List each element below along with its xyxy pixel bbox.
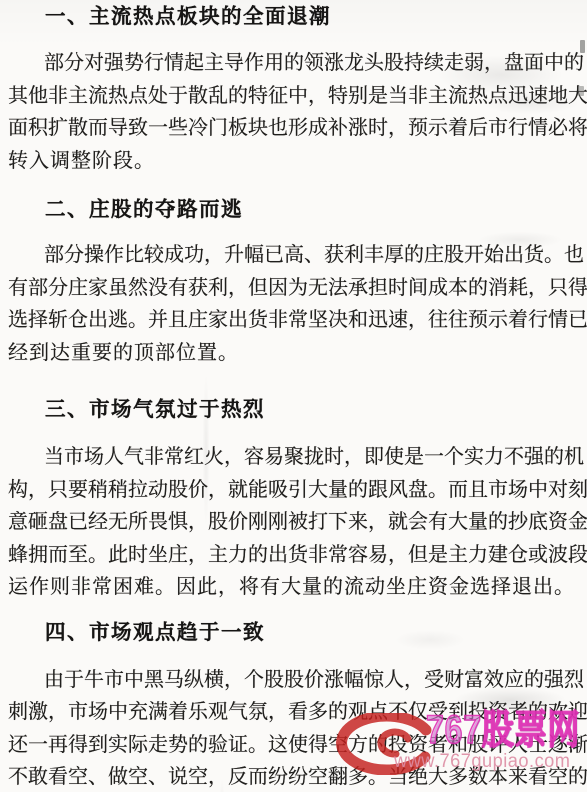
section-1-paragraph: 部分对强势行情起主导作用的领涨龙头股持续走弱，盘面中的 其他非主流热点处于散乱的…: [8, 47, 578, 177]
text-line: 转入调整阶段。: [8, 145, 578, 178]
section-1-heading: 一、主流热点板块的全面退潮: [8, 2, 578, 32]
section-2-heading: 二、庄股的夺路而逃: [8, 195, 578, 225]
text-line: 意砸盘已经无所畏惧，股价刚刚被打下来，就会有大量的抄底资金: [8, 506, 578, 539]
section-3: 三、市场气氛过于热烈 当市场人气非常红火，容易聚拢时，即使是一个实力不强的机 构…: [8, 395, 578, 604]
section-4-heading: 四、市场观点趋于一致: [8, 618, 578, 648]
text-line: 部分对强势行情起主导作用的领涨龙头股持续走弱，盘面中的: [8, 47, 578, 80]
text-line: 其他非主流热点处于散乱的特征中，特别是当非主流热点迅速地大: [8, 80, 578, 113]
scanned-book-page: 一、主流热点板块的全面退潮 部分对强势行情起主导作用的领涨龙头股持续走弱，盘面中…: [0, 0, 587, 792]
section-3-heading: 三、市场气氛过于热烈: [8, 395, 578, 425]
text-line: 刺激，市场中充满着乐观气氛，看多的观点不仅受到投资者的欢迎，: [8, 696, 578, 729]
text-line: 由于牛市中黑马纵横，个股股价涨幅惊人，受财富效应的强烈: [8, 664, 578, 697]
section-1: 一、主流热点板块的全面退潮 部分对强势行情起主导作用的领涨龙头股持续走弱，盘面中…: [8, 2, 578, 177]
text-line: 面积扩散而导致一些冷门板块也形成补涨时，预示着后市行情必将: [8, 112, 578, 145]
text-line: 当市场人气非常红火，容易聚拢时，即使是一个实力不强的机: [8, 441, 578, 474]
text-line: 蜂拥而至。此时坐庄，主力的出货非常容易，但是主力建仓或波段: [8, 539, 578, 572]
text-line: 还一再得到实际走势的验证。这使得空方的投资者和股评人士逐渐: [8, 729, 578, 762]
section-2: 二、庄股的夺路而逃 部分操作比较成功，升幅已高、获利丰厚的庄股开始出货。也 有部…: [8, 195, 578, 369]
section-4: 四、市场观点趋于一致 由于牛市中黑马纵横，个股股价涨幅惊人，受财富效应的强烈 刺…: [8, 618, 578, 792]
text-line: 构，只要稍稍拉动股价，就能吸引大量的跟风盘。而且市场中对刻: [8, 474, 578, 507]
section-2-paragraph: 部分操作比较成功，升幅已高、获利丰厚的庄股开始出货。也 有部分庄家虽然没有获利，…: [8, 239, 578, 369]
section-4-paragraph: 由于牛市中黑马纵横，个股股价涨幅惊人，受财富效应的强烈 刺激，市场中充满着乐观气…: [8, 664, 578, 792]
text-line: 选择斩仓出逃。并且庄家出货非常坚决和迅速，往往预示着行情已: [8, 304, 578, 337]
text-line: 运作则非常困难。因此，将有大量的流动坐庄资金选择退出。: [8, 571, 578, 604]
text-line: 部分操作比较成功，升幅已高、获利丰厚的庄股开始出货。也: [8, 239, 578, 272]
text-line: 不敢看空、做空、说空，反而纷纷空翻多。当绝大多数本来看空的: [8, 761, 578, 792]
text-line: 经到达重要的顶部位置。: [8, 337, 578, 370]
text-line: 有部分庄家虽然没有获利，但因为无法承担时间成本的消耗，只得: [8, 272, 578, 305]
page-text: 一、主流热点板块的全面退潮 部分对强势行情起主导作用的领涨龙头股持续走弱，盘面中…: [0, 0, 587, 792]
section-3-paragraph: 当市场人气非常红火，容易聚拢时，即使是一个实力不强的机 构，只要稍稍拉动股价，就…: [8, 441, 578, 604]
